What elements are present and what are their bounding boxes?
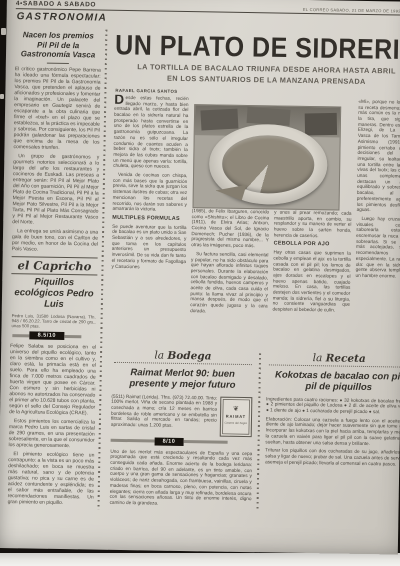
- section-header-article: la: [154, 349, 164, 361]
- section-header-name: Bodega: [167, 350, 211, 363]
- receta-section-header: la Receta: [269, 351, 400, 367]
- article-paragraph: y unos al prear remozando; cada maestril…: [274, 209, 352, 239]
- bodega-section: la Bodega Raimat Merlot 90: buen present…: [108, 347, 256, 511]
- photo-plate: [208, 124, 328, 205]
- bodega-section-header: la Bodega: [114, 349, 252, 365]
- capricho-section-header: el Capricho: [11, 256, 97, 275]
- raimat-wine-label: ❦ RAIMAT Costers del Segre: [220, 396, 253, 437]
- bodega-info-block: ❦ RAIMAT Costers del Segre (5511) Raimat…: [111, 393, 253, 430]
- photo-slate-board: [305, 113, 337, 136]
- article-headline: UN PLATO DE SIDRERIA: [115, 32, 400, 65]
- receta-step: Elaboración: Colocar una cazuela a fuego…: [265, 416, 400, 447]
- article-col-4: «Mí», porque no lo sufiera: su receta de…: [354, 99, 400, 347]
- article-paragraph: Se puede aventurar que la tortilla de ba…: [111, 223, 186, 270]
- sidebar-news-paragraph: La entrega se unirá asimismo a una gala …: [12, 228, 98, 253]
- bodega-info: (5511) Raimat (Lérida). Tfns. (973) 72.4…: [111, 393, 217, 428]
- raimat-brand: RAIMAT: [226, 414, 246, 420]
- rating-bar-stub: [64, 335, 81, 338]
- capricho-contact-info: Pedro Luis, 31580 Lodosa (Navarra). Tfn.…: [11, 313, 95, 330]
- drop-cap: D: [114, 95, 125, 105]
- dotted-column-separator: [257, 353, 262, 511]
- sidebar-news-paragraph: Un grupo de gastrónomos y gourmets notor…: [12, 153, 99, 226]
- receta-title: Kokotxas de bacalao con pil pil de piqui…: [268, 369, 400, 394]
- tortilla-photo: [193, 104, 341, 210]
- rating-bar-stub: [183, 440, 227, 444]
- capricho-paragraph: Estos pimientos los comercializa la marc…: [8, 418, 94, 449]
- newspaper-page: 4•SABADO A SABADO EL CORREO SABADO, 21 D…: [0, 0, 400, 555]
- article-paragraph: Su factura sencilla, casi elemental y po…: [190, 251, 268, 315]
- capricho-paragraph: El pimiento ecológico tiene un contrapun…: [8, 451, 95, 506]
- film-edge-mark: [1, 28, 6, 35]
- photo-tortilla-slice: [216, 184, 247, 200]
- photo-tortilla: [222, 135, 315, 194]
- receta-section: la Receta Kokotxas de bacalao con pil pi…: [262, 349, 400, 513]
- folio-label: 4•SABADO A SABADO: [16, 0, 96, 8]
- rating-bar-stub: [12, 334, 29, 337]
- bottom-sections: la Bodega Raimat Merlot 90: buen present…: [108, 347, 400, 514]
- article-paragraph: Venida de cocinas con chispa, con más ba…: [112, 172, 187, 213]
- article-subhead: MULTIPLES FORMULAS: [112, 216, 186, 223]
- sidebar-news-title: Nacen los premios Pil Pil de la Gastrono…: [19, 30, 97, 60]
- article-paragraph: Hay otras casas que suprimen la cebolla …: [273, 250, 351, 314]
- article-paragraph: Luego hay cruzar agraz visuales contados…: [355, 216, 400, 280]
- rating-bar-stub: [111, 439, 155, 443]
- photo-slate-board: [247, 107, 291, 126]
- receta-ingredients: Ingredientes para cuatro raciones: ● 32 …: [266, 396, 400, 416]
- article-col-1: Desde estas fechas, recién llegado marzo…: [110, 95, 188, 343]
- sidebar-news-paragraph: El crítico gastronómico Pepe Barrena ha …: [13, 66, 100, 151]
- rating-value: 8/10: [155, 437, 184, 445]
- article-paragraph: «Mí», porque no lo sufiera: su receta de…: [357, 99, 400, 214]
- film-edge-mark: [0, 94, 4, 99]
- sidebar-column: Nacen los premios Pil Pil de la Gastrono…: [7, 24, 101, 510]
- article-text: esde estas fechas, recién llegado marzo,…: [113, 95, 189, 169]
- divider: [47, 62, 69, 63]
- receta-step: Triturar los piquillos con dos cucharada…: [265, 448, 400, 468]
- raimat-crest-icon: ❦: [233, 406, 239, 413]
- page-body: Nacen los premios Pil Pil de la Gastrono…: [7, 24, 400, 514]
- rating-value: 8.5/10: [30, 332, 64, 341]
- article-body: Desde estas fechas, recién llegado marzo…: [110, 95, 400, 347]
- article-subtitle: LA TORTILLA DE BACALAO TRIUNFA DESDE AHO…: [133, 62, 400, 88]
- section-header-article: la: [313, 352, 323, 364]
- scan-table-edge: [0, 553, 400, 566]
- section-header-name: Receta: [326, 352, 366, 365]
- photo-slate-board: [201, 109, 240, 131]
- main-column: UN PLATO DE SIDRERIA LA TORTILLA DE BACA…: [102, 26, 400, 515]
- bodega-rating: 8/10: [111, 436, 228, 446]
- capricho-title: Piquillos ecológicos Pedro Luis: [13, 277, 96, 311]
- bodega-title: Raimat Merlot 90: buen presente y mejor …: [113, 367, 251, 392]
- raimat-appellation: Costers del Segre: [224, 421, 246, 427]
- masthead-date: EL CORREO SABADO, 21 DE MARZO DE 1992: [303, 7, 400, 14]
- article-paragraph: (1985), de Félix Ibarguren, conocido com…: [191, 208, 269, 249]
- bodega-paragraph: Uno de los merlot más espectaculares de …: [110, 448, 253, 507]
- capricho-paragraph: Felipe Salaba se posiciona en el univers…: [9, 343, 96, 416]
- capricho-rating: 8.5/10: [12, 331, 81, 340]
- article-subhead: CEBOLLA POR AJO: [274, 242, 351, 249]
- article-paragraph: Desde estas fechas, recién llegado marzo…: [113, 95, 189, 170]
